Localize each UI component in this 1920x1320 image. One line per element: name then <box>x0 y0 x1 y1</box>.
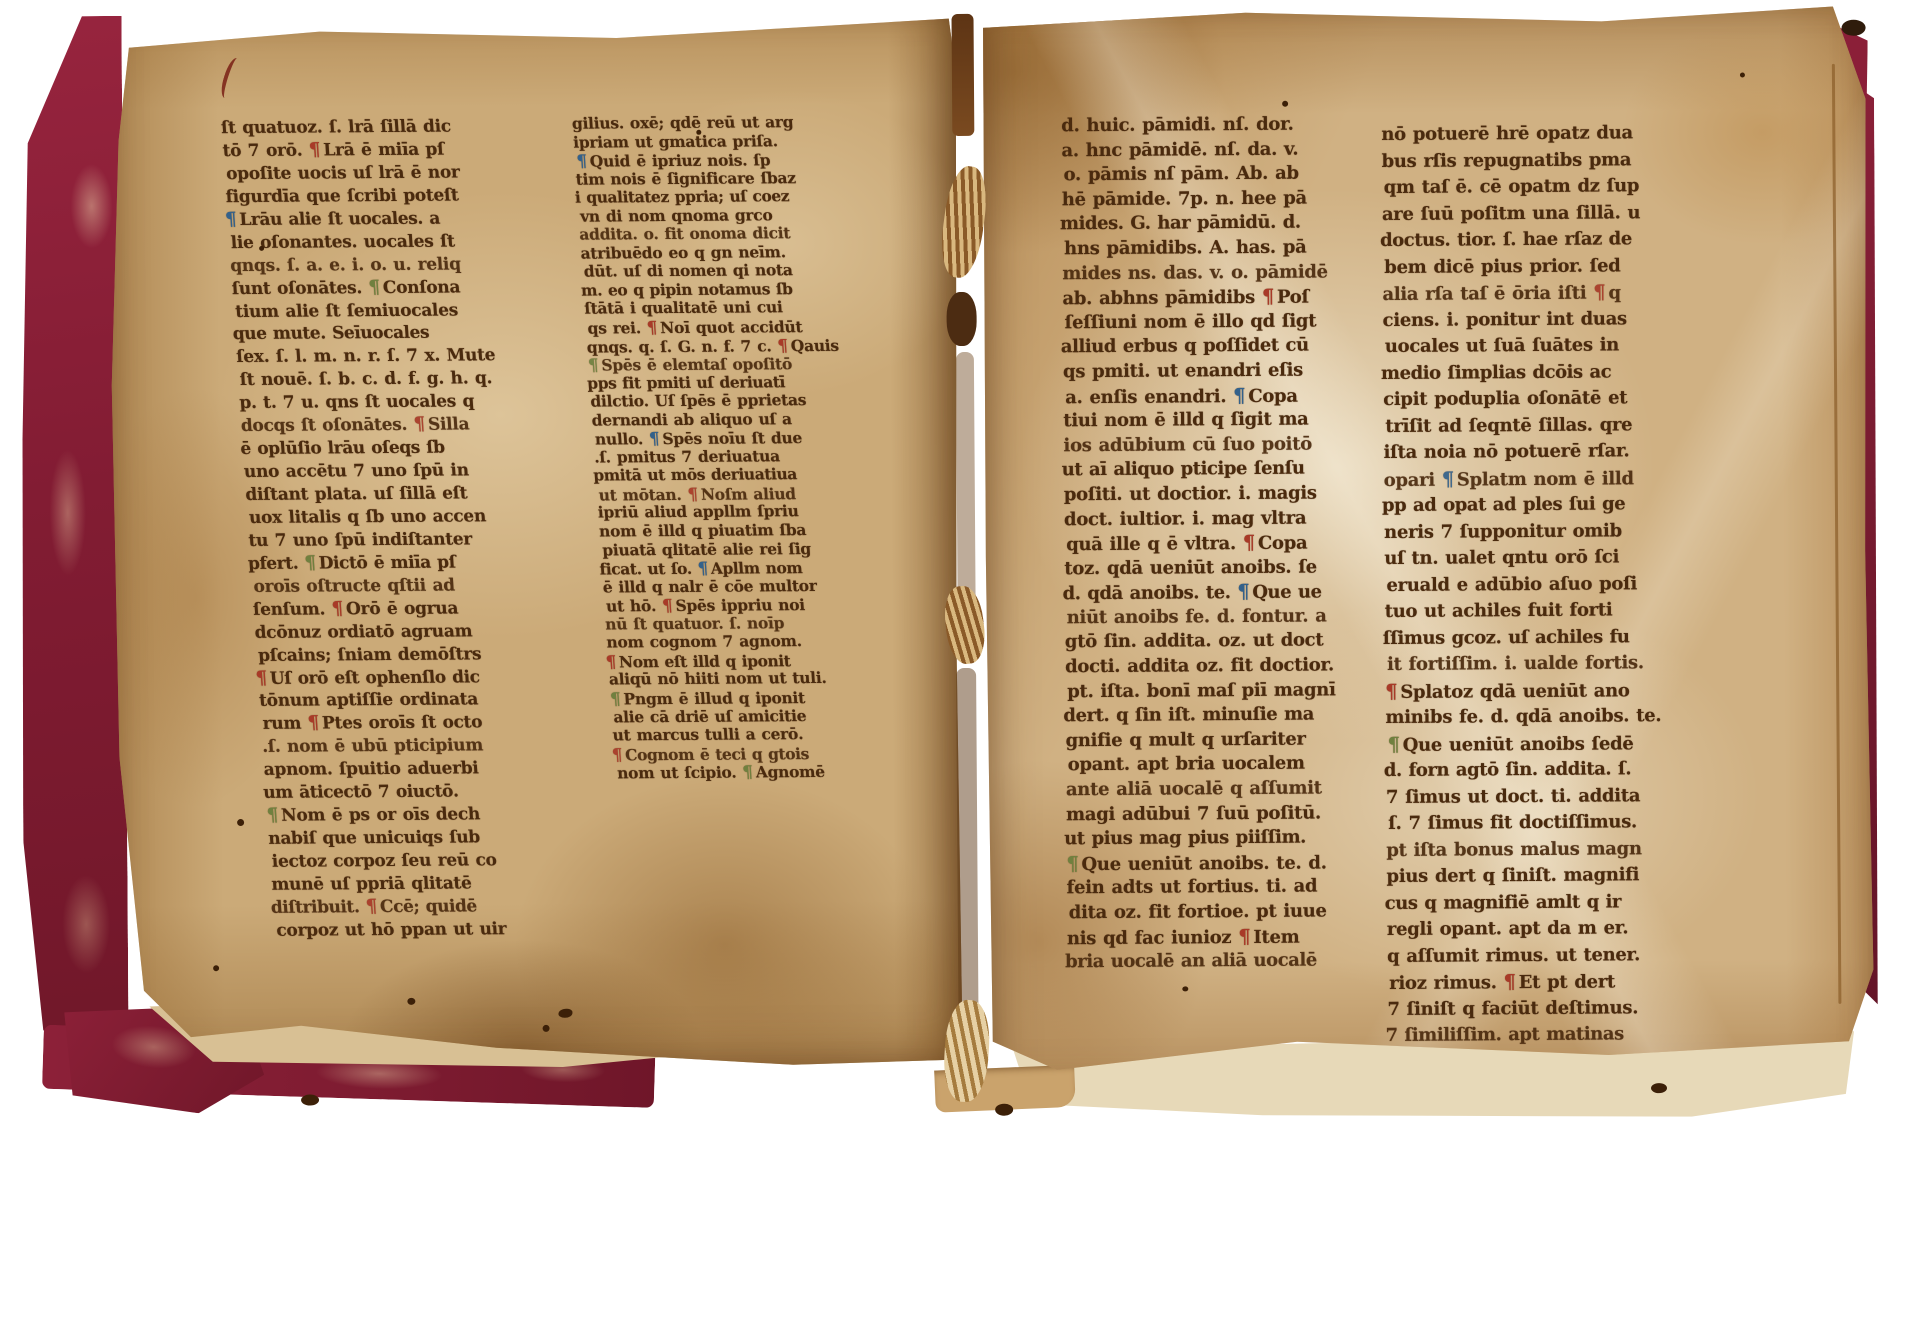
manuscript-text-line: apnom. ſpuitio aduerbi <box>263 757 565 782</box>
manuscript-column: nō potuerē hrē opatz duabus rſis repugna… <box>1381 120 1659 1050</box>
manuscript-text-line: dūt. uſ di nomen qi nota <box>583 261 844 281</box>
manuscript-text-line: que mute. Seīuocales <box>232 321 534 346</box>
manuscript-text-line: doctus. tior. ſ. hae rſaz de <box>1380 226 1652 254</box>
manuscript-text-line: fein adts ut fortius. ti. ad <box>1067 875 1317 901</box>
pilcrow-mark: ¶ <box>1442 467 1457 490</box>
manuscript-text-line: medio ſimplias dcōis ac <box>1381 359 1653 387</box>
pilcrow-mark: ¶ <box>697 558 712 578</box>
pilcrow-mark: ¶ <box>1238 925 1253 948</box>
wormhole-spot <box>407 998 415 1005</box>
pilcrow-mark: ¶ <box>1385 679 1400 702</box>
manuscript-book: ſt quatuoz. ſ. lrā ſillā dictō 7 orō. ¶L… <box>0 0 1920 1320</box>
manuscript-text-line: ¶Pngm ē illud q iponit <box>610 688 871 708</box>
pilcrow-mark: ¶ <box>224 209 240 230</box>
binding-corner-tab <box>1842 20 1866 36</box>
pilcrow-mark: ¶ <box>307 713 323 734</box>
pilcrow-mark: ¶ <box>1593 280 1608 303</box>
binding-spine-top <box>951 14 974 136</box>
manuscript-text-line: dilctio. Uſ ſpēs ē pprietas <box>590 391 851 411</box>
wormhole-spot <box>1740 73 1745 78</box>
wormhole-spot <box>1282 101 1288 107</box>
pilcrow-mark: ¶ <box>1243 531 1258 554</box>
manuscript-text-line: tium alie ſt ſemiuocales <box>235 298 537 323</box>
pilcrow-mark: ¶ <box>255 667 271 688</box>
wormhole-spot <box>1182 986 1188 991</box>
pilcrow-mark: ¶ <box>308 139 324 160</box>
manuscript-text-line: poſiti. ut doctior. i. magis <box>1064 481 1314 507</box>
manuscript-text-line: alliud erbus q poſſidet cū <box>1061 334 1311 360</box>
manuscript-text-line: bus rſis repugnatibs pma <box>1381 147 1653 175</box>
manuscript-text-line: d. qdā anoibs. te. ¶Que ue <box>1062 580 1312 606</box>
manuscript-text-line: nū ſt quatuor. ſ. noīp <box>605 613 866 633</box>
manuscript-text-line: docqs ſt oſonātes. ¶Silla <box>240 413 542 438</box>
manuscript-text-line: qnqs. q. ſ. G. n. f. 7 c. ¶Qauis <box>586 335 847 355</box>
manuscript-text-line: bem dicē pius prior. ſed <box>1384 253 1656 281</box>
manuscript-text-line: neris 7 ſupponitur omib <box>1384 518 1656 546</box>
manuscript-text-line: tu 7 uno ſpū indiſtanter <box>248 528 550 553</box>
manuscript-text-line: alia rſa taſ ē ōria iſti ¶q <box>1382 279 1654 307</box>
manuscript-text-line: niūt anoibs fe. d. fontur. a <box>1067 604 1317 630</box>
manuscript-text-line: ¶Cognom ē teci q gtois <box>611 743 872 763</box>
manuscript-text-line: lie oſonantes. uocales ſt <box>230 230 532 255</box>
pilcrow-mark: ¶ <box>609 688 624 708</box>
bottom-edge-knob <box>301 1094 319 1105</box>
manuscript-text-line: pſcains; ſniam demōſtrs <box>257 642 559 667</box>
manuscript-text-line: ſeſſiuni nom ē illo qd ſigt <box>1065 309 1315 335</box>
bottom-edge-knob <box>995 1104 1013 1116</box>
wormhole-spot <box>259 246 264 251</box>
right-page: d. huic. pāmidi. nſ. dor.a. hnc pāmidē. … <box>978 0 1876 1108</box>
manuscript-text-line: docti. addita oz. fit doctior. <box>1065 654 1315 680</box>
manuscript-text-line: 7 ſimus ut doct. ti. addita <box>1386 783 1658 811</box>
manuscript-text-line: qs rei. ¶Noī quot accidūt <box>587 317 848 337</box>
manuscript-text-line: uſ tn. ualet qntu orō ſci <box>1384 544 1656 572</box>
manuscript-text-line: rum ¶Ptes oroīs ſt octo <box>262 711 564 736</box>
manuscript-text-line: ciens. i. ponitur int duas <box>1383 306 1655 334</box>
manuscript-text-line: tōnum aptiſſie ordinata <box>258 688 560 713</box>
manuscript-text-line: ut mōtan. ¶Noſm aliud <box>598 484 859 504</box>
manuscript-text-line: pmitā ut mōs deriuatiua <box>593 465 854 485</box>
manuscript-text-line: doct. iultior. i. mag vltra <box>1064 506 1314 532</box>
pilcrow-mark: ¶ <box>576 151 591 171</box>
manuscript-text-line: qs pmiti. ut enandri eſis <box>1063 358 1313 384</box>
pilcrow-mark: ¶ <box>648 428 663 448</box>
manuscript-text-line: vn di nom qnoma grco <box>580 206 841 226</box>
pilcrow-mark: ¶ <box>304 552 320 573</box>
manuscript-text-line: uocales ut ſuā ſuātes in <box>1385 332 1657 360</box>
pilcrow-mark: ¶ <box>687 484 702 504</box>
manuscript-text-line: ſtātā i qualitatē uni cui <box>584 298 845 318</box>
manuscript-text-line: ¶Que ueniūt anoibs. te. d. <box>1066 850 1316 876</box>
manuscript-text-line: gnifie q mult q urſariter <box>1065 727 1315 753</box>
manuscript-text-line: eruald e adūbio aſuo poſi <box>1386 571 1658 599</box>
manuscript-text-line: ¶Nom ē ps or oīs dech <box>266 803 568 828</box>
manuscript-text-line: hē pāmide. 7p. n. hee pā <box>1062 186 1312 212</box>
manuscript-text-line: opari ¶Splatm nom ē illd <box>1384 465 1656 493</box>
manuscript-text-line: nullo. ¶Spēs noīu ſt due <box>594 428 855 448</box>
manuscript-text-line: ¶Quid ē ipriuz nois. ſp <box>576 150 837 170</box>
manuscript-text-line: 7 ſimiliſſim. apt matinas <box>1386 1021 1658 1049</box>
manuscript-text-line: i qualitatez ppria; uſ coez <box>574 187 835 207</box>
manuscript-text-line: ut marcus tulli a cerō. <box>612 725 873 745</box>
manuscript-text-line: uox litalis q ſb uno accen <box>248 505 550 530</box>
manuscript-text-line: ut hō. ¶Spēs ippriu noi <box>605 595 866 615</box>
pilcrow-mark: ¶ <box>742 762 757 782</box>
manuscript-text-line: toz. qdā ueniūt anoibs. ſe <box>1064 555 1314 581</box>
pilcrow-mark: ¶ <box>1066 852 1081 875</box>
left-text-block: ſt quatuoz. ſ. lrā ſillā dictō 7 orō. ¶L… <box>107 8 1025 1075</box>
manuscript-text-line: mides. G. har pāmidū. d. <box>1060 211 1310 237</box>
manuscript-text-line: regli opant. apt da m er. <box>1387 915 1659 943</box>
manuscript-text-line: qnqs. ſ. a. e. i. o. u. reliq <box>230 253 532 278</box>
manuscript-text-line: a. hnc pāmidē. nſ. da. v. <box>1061 137 1311 163</box>
manuscript-text-line: cus q magnifiē amlt q ir <box>1385 889 1657 917</box>
manuscript-text-line: nis qd fac iunioz ¶Item <box>1067 924 1317 950</box>
manuscript-text-line: tuo ut achiles fuit forti <box>1385 597 1657 625</box>
pilcrow-mark: ¶ <box>587 355 602 375</box>
manuscript-text-line: minibs fe. d. qdā anoibs. te. <box>1385 703 1657 731</box>
manuscript-text-line: opoſite uocis uſ lrā ē nor <box>225 161 527 186</box>
manuscript-text-line: nom ut ſcipio. ¶Agnomē <box>616 762 877 782</box>
pilcrow-mark: ¶ <box>331 598 347 619</box>
manuscript-text-line: corpoz ut hō ppan ut uir <box>276 918 578 943</box>
manuscript-text-line: dernandi ab aliquo uſ a <box>591 410 852 430</box>
left-page: ſt quatuoz. ſ. lrā ſillā dictō 7 orō. ¶L… <box>107 8 962 1076</box>
manuscript-text-line: ipriū aliud appllm ſpriu <box>597 502 858 522</box>
pilcrow-mark: ¶ <box>646 317 661 337</box>
manuscript-text-line: .ſ. pmitus 7 deriuatua <box>594 447 855 467</box>
manuscript-text-line: dert. q ſin iſt. minuſie ma <box>1063 703 1313 729</box>
manuscript-text-line: nom ē illd q piuatim ſba <box>598 521 859 541</box>
manuscript-text-line: cipit poduplia oſonātē et <box>1383 385 1655 413</box>
pilcrow-mark: ¶ <box>266 805 282 826</box>
pilcrow-mark: ¶ <box>1262 285 1277 308</box>
manuscript-text-line: ¶Que ueniūt anoibs ſedē <box>1388 730 1660 758</box>
manuscript-text-line: a. enſis enandri. ¶Copa <box>1065 383 1315 409</box>
manuscript-text-line: ¶Spēs ē elemtaſ opoſitō <box>587 354 848 374</box>
wormhole-spot <box>237 819 244 826</box>
manuscript-text-line: ſunt oſonātes. ¶Conſona <box>231 276 533 301</box>
manuscript-text-line: qm taſ ē. cē opatm dz ſup <box>1384 173 1656 201</box>
manuscript-text-line: pt iſta bonus malus magn <box>1386 836 1658 864</box>
manuscript-text-line: ſenſum. ¶Orō ē ogrua <box>252 597 554 622</box>
manuscript-text-line: pfert. ¶Dictō ē miīa pſ <box>247 551 549 576</box>
binding-knot <box>946 292 976 346</box>
manuscript-text-line: magi adūbui 7 ſuū poſitū. <box>1066 801 1316 827</box>
wormhole-spot <box>213 965 219 971</box>
manuscript-text-line: iſta noia nō potuerē rſar. <box>1383 438 1655 466</box>
pilcrow-mark: ¶ <box>1233 384 1248 407</box>
pilcrow-mark: ¶ <box>777 335 792 355</box>
manuscript-text-line: ut aī aliquo pticipe ſenſu <box>1062 457 1312 483</box>
manuscript-text-line: pt. iſta. bonī maſ piī magnī <box>1067 678 1317 704</box>
manuscript-text-line: tiui nom ē illd q ſigit ma <box>1063 408 1313 434</box>
photo-background: ſt quatuoz. ſ. lrā ſillā dictō 7 orō. ¶L… <box>0 0 1920 1320</box>
manuscript-text-line: ſ. 7 ſimus fit doctiſſimus. <box>1388 809 1660 837</box>
manuscript-column: d. huic. pāmidi. nſ. dor.a. hnc pāmidē. … <box>1061 113 1317 977</box>
manuscript-text-line: nom cognom 7 agnom. <box>606 632 867 652</box>
manuscript-text-line: ¶Splatoz qdā ueniūt ano <box>1385 677 1657 705</box>
manuscript-text-line: pp ad opat ad ples ſui ge <box>1382 491 1654 519</box>
pilcrow-mark: ¶ <box>611 744 626 764</box>
manuscript-text-line: opant. apt bria uocalem <box>1068 752 1318 778</box>
manuscript-text-line: diſtribuit. ¶Ccē; quidē <box>270 895 572 920</box>
manuscript-text-line: gtō ſin. addita. oz. ut doct <box>1065 629 1315 655</box>
manuscript-text-line: mides ns. das. v. o. pāmidē <box>1062 260 1312 286</box>
manuscript-text-line: nō potuerē hrē opatz dua <box>1381 120 1653 148</box>
manuscript-column: ſt quatuoz. ſ. lrā ſillā dictō 7 orō. ¶L… <box>220 115 575 943</box>
manuscript-text-line: ficat. ut ſo. ¶Apllm nom <box>599 558 860 578</box>
manuscript-text-line: p. t. 7 u. qns ſt uocales q <box>239 390 541 415</box>
wormhole-spot <box>696 130 701 135</box>
manuscript-text-line: um āticectō 7 oiuctō. <box>263 780 565 805</box>
manuscript-text-line: diſtant plata. uſ ſillā eſt <box>245 482 547 507</box>
manuscript-text-line: are ſuū poſitm una ſillā. u <box>1382 200 1654 228</box>
pilcrow-mark: ¶ <box>413 414 429 435</box>
manuscript-text-line: d. huic. pāmidi. nſ. dor. <box>1061 113 1311 139</box>
pilcrow-mark: ¶ <box>1388 732 1403 755</box>
manuscript-text-line: munē uſ ppriā qlitatē <box>271 872 573 897</box>
manuscript-text-line: hns pāmidibs. A. has. pā <box>1064 235 1314 261</box>
manuscript-text-line: nabiſ que unicuiqs ſub <box>268 826 570 851</box>
manuscript-text-line: ios adūbium cū ſuo poitō <box>1063 432 1313 458</box>
manuscript-text-line: uno accētu 7 uno ſpū in <box>243 459 545 484</box>
manuscript-text-line: figurdīa que ſcribi poteſt <box>225 184 527 209</box>
manuscript-text-line: ſex. ſ. l. m. n. r. ſ. 7 x. Mute <box>236 344 538 369</box>
manuscript-text-line: ut pius mag pius piiſſim. <box>1064 826 1314 852</box>
manuscript-text-line: ¶Nom eſt illd q iponit <box>605 651 866 671</box>
manuscript-text-line: 7 ſiniſt q faciūt deſtimus. <box>1387 995 1659 1023</box>
manuscript-text-line: ē oplūſio lrāu oſeqs ſb <box>240 436 542 461</box>
manuscript-text-line: dita oz. fit fortioe. pt iuue <box>1069 900 1319 926</box>
manuscript-text-line: bria uocalē an aliā uocalē <box>1065 949 1315 975</box>
manuscript-text-line: tō 7 orō. ¶Lrā ē miīa pſ <box>222 138 524 163</box>
manuscript-text-line: alie cā driē uſ amicitie <box>613 706 874 726</box>
manuscript-text-line: dcōnuz ordiatō agruam <box>254 619 556 644</box>
pilcrow-mark: ¶ <box>605 651 620 671</box>
manuscript-text-line: m. eo q pipin notamus ſb <box>580 280 841 300</box>
manuscript-text-line: quā ille q ē vltra. ¶Copa <box>1066 531 1316 557</box>
pilcrow-mark: ¶ <box>1504 970 1519 993</box>
manuscript-text-line: ¶Uſ orō eſt ophenſlo dic <box>255 665 557 690</box>
manuscript-text-line: atribuēdo eo q gn neīm. <box>580 243 841 263</box>
manuscript-text-line: pius dert q ſiniſt. magnifi <box>1386 862 1658 890</box>
manuscript-column: gilius. oxē; qdē reū ut argipriam ut gma… <box>571 113 875 783</box>
manuscript-text-line: rioz rimus. ¶Et pt dert <box>1389 968 1661 996</box>
manuscript-text-line: pps fit pmiti uſ deriuatī <box>587 372 848 392</box>
manuscript-text-line: ¶Lrāu alie ſt uocales. a <box>224 207 526 232</box>
book-cover-left-edge <box>17 16 128 1073</box>
manuscript-text-line: q aſſumit rimus. ut tener. <box>1387 942 1659 970</box>
manuscript-text-line: iectoz corpoz ſeu reū co <box>271 849 573 874</box>
pilcrow-mark: ¶ <box>661 595 676 615</box>
pilcrow-mark: ¶ <box>368 277 384 298</box>
manuscript-text-line: ante aliā uocalē q aſſumit <box>1066 777 1316 803</box>
manuscript-text-line: ſt quatuoz. ſ. lrā ſillā dic <box>220 115 522 140</box>
manuscript-text-line: .ſ. nom ē ubū pticipium <box>261 734 563 759</box>
pilcrow-mark: ¶ <box>1237 580 1252 603</box>
manuscript-text-line: ſt nouē. ſ. b. c. d. f. g. h. q. <box>239 367 541 392</box>
ink-blot <box>543 1025 550 1032</box>
manuscript-text-line: piuatā qlitatē alie rei ſig <box>602 539 863 559</box>
binding-spine-lower <box>956 668 979 1030</box>
manuscript-text-line: trīſit ad ſeqntē ſillas. qre <box>1385 412 1657 440</box>
manuscript-text-line: oroīs oſtructe qſtii ad <box>253 574 555 599</box>
manuscript-text-line: ipriam ut gmatica priſa. <box>573 131 834 151</box>
bottom-edge-knob <box>1651 1083 1667 1093</box>
manuscript-text-line: o. pāmis nſ pām. Ab. ab <box>1064 162 1314 188</box>
manuscript-text-line: ſſimus gcoz. uſ achiles fu <box>1383 624 1655 652</box>
manuscript-text-line: tim nois ē ſignificare ſbaz <box>575 169 836 189</box>
manuscript-text-line: addita. o. fit onoma dicit <box>579 224 840 244</box>
manuscript-text-line: it fortiſſim. i. ualde fortis. <box>1387 650 1659 678</box>
manuscript-text-line: aliqū nō hiiti nom ut tuli. <box>608 669 869 689</box>
manuscript-text-line: ab. abhns pāmidibs ¶Poſ <box>1062 285 1312 311</box>
manuscript-text-line: gilius. oxē; qdē reū ut arg <box>571 113 832 133</box>
pilcrow-mark: ¶ <box>365 896 381 917</box>
binding-spine-middle <box>956 352 976 602</box>
manuscript-text-line: d. forn agtō ſin. addita. ſ. <box>1384 756 1656 784</box>
manuscript-text-line: ē illd q nalr ē cōe multor <box>602 576 863 596</box>
